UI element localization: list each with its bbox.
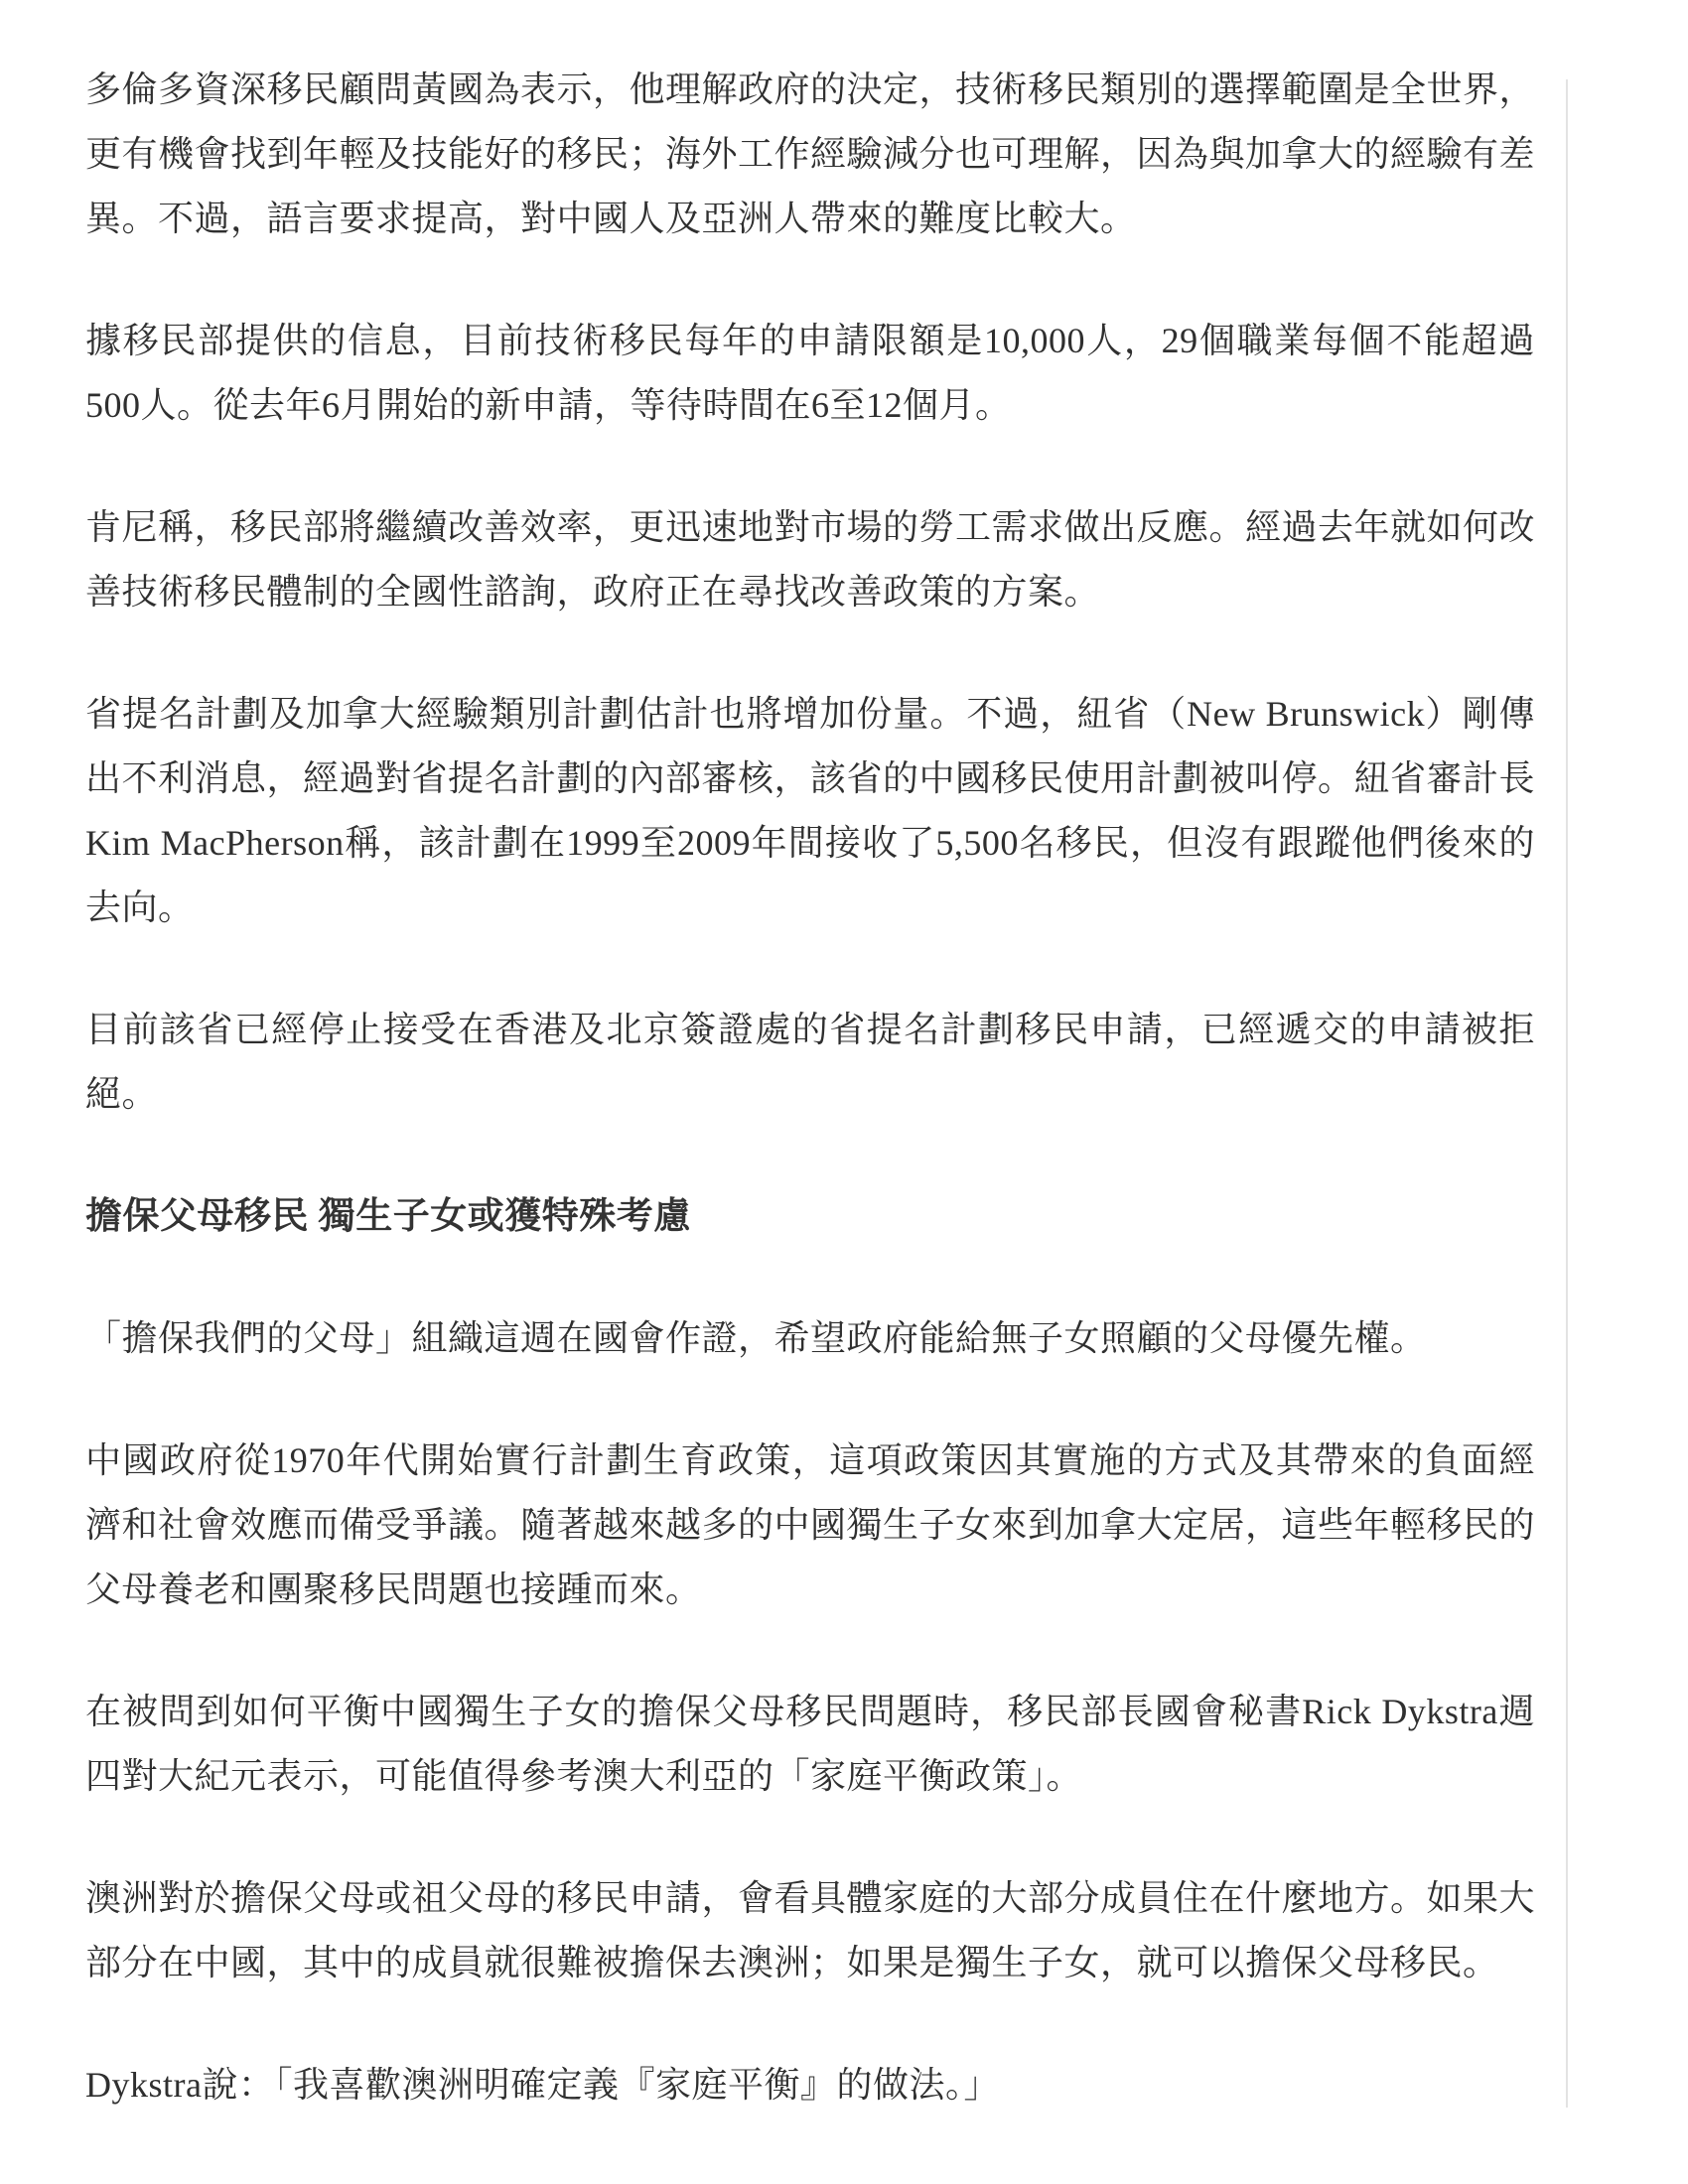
paragraph-one-child-policy: 中國政府從1970年代開始實行計劃生育政策，這項政策因其實施的方式及其帶來的負面… (85, 1429, 1535, 1622)
paragraph-applications-rejected: 目前該省已經停止接受在香港及北京簽證處的省提名計劃移民申請，已經遞交的申請被拒絕… (85, 998, 1535, 1127)
section-heading-parent-sponsorship: 擔保父母移民 獨生子女或獲特殊考慮 (85, 1184, 1535, 1249)
paragraph-provincial-nominee: 省提名計劃及加拿大經驗類別計劃估計也將增加份量。不過，紐省（New Brunsw… (85, 682, 1535, 940)
paragraph-dykstra-family-balance: 在被問到如何平衡中國獨生子女的擔保父母移民問題時，移民部長國會秘書Rick Dy… (85, 1680, 1535, 1809)
page-right-border-divider (1566, 79, 1568, 2108)
paragraph-australia-rule: 澳洲對於擔保父母或祖父母的移民申請，會看具體家庭的大部分成員住在什麼地方。如果大… (85, 1866, 1535, 1995)
paragraph-application-quota: 據移民部提供的信息，目前技術移民每年的申請限額是10,000人，29個職業每個不… (85, 309, 1535, 438)
paragraph-kenney-efficiency: 肯尼稱，移民部將繼續改善效率，更迅速地對市場的勞工需求做出反應。經過去年就如何改… (85, 495, 1535, 624)
paragraph-dykstra-quote: Dykstra說：「我喜歡澳洲明確定義『家庭平衡』的做法。」 (85, 2053, 1535, 2117)
paragraph-sponsor-our-parents: 「擔保我們的父母」組織這週在國會作證，希望政府能給無子女照顧的父母優先權。 (85, 1306, 1535, 1371)
article-body: 多倫多資深移民顧問黃國為表示，他理解政府的決定，技術移民類別的選擇範圍是全世界，… (85, 58, 1535, 2175)
paragraph-skilled-worker-comment: 多倫多資深移民顧問黃國為表示，他理解政府的決定，技術移民類別的選擇範圍是全世界，… (85, 58, 1535, 251)
